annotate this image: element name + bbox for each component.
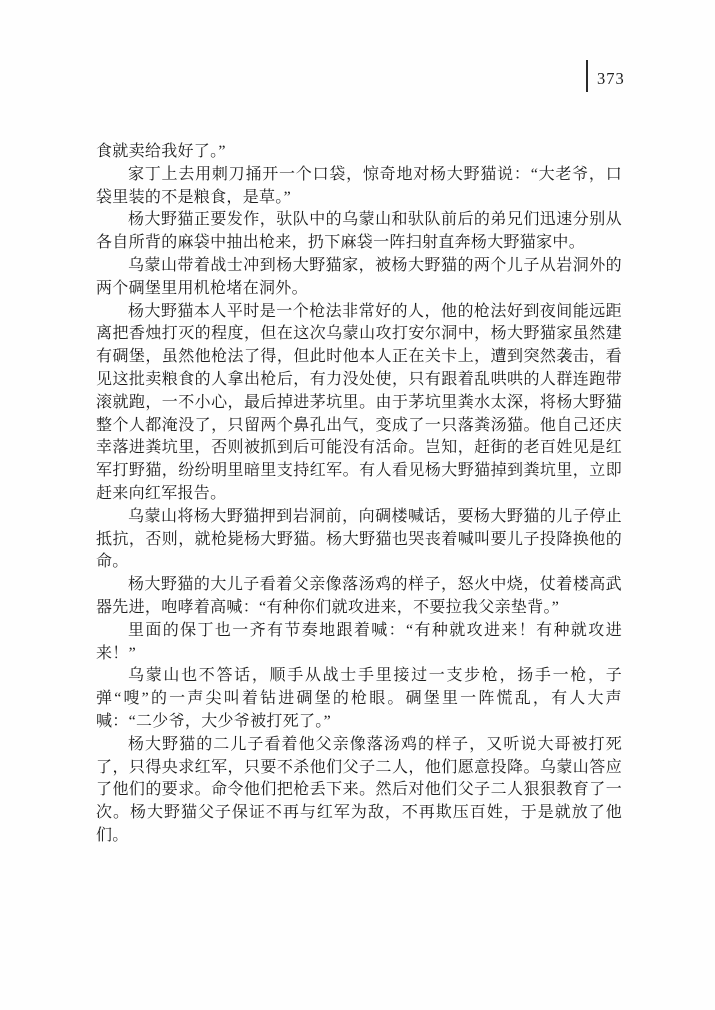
paragraph: 杨大野猫正要发作，驮队中的乌蒙山和驮队前后的弟兄们迅速分别从各自所背的麻袋中抽出… xyxy=(96,209,622,255)
paragraph: 家丁上去用刺刀捅开一个口袋，惊奇地对杨大野猫说：“大老爷，口袋里装的不是粮食，是… xyxy=(96,164,622,210)
paragraph: 食就卖给我好了。” xyxy=(96,141,622,164)
paragraph: 杨大野猫本人平时是一个枪法非常好的人，他的枪法好到夜间能远距离把香烛打灭的程度，… xyxy=(96,301,622,506)
page-number: 373 xyxy=(597,69,625,89)
book-page: 373 食就卖给我好了。” 家丁上去用刺刀捅开一个口袋，惊奇地对杨大野猫说：“大… xyxy=(0,0,715,1010)
paragraph: 里面的保丁也一齐有节奏地跟着喊：“有种就攻进来！有种就攻进来！” xyxy=(96,620,622,666)
paragraph: 乌蒙山也不答话，顺手从战士手里接过一支步枪，扬手一枪，子弹“嗖”的一声尖叫着钻进… xyxy=(96,665,622,733)
page-header: 373 xyxy=(586,60,625,92)
page-number-divider xyxy=(586,60,588,92)
paragraph: 乌蒙山将杨大野猫押到岩洞前，向碉楼喊话，要杨大野猫的儿子停止抵抗，否则，就枪毙杨… xyxy=(96,506,622,574)
text-block: 食就卖给我好了。” 家丁上去用刺刀捅开一个口袋，惊奇地对杨大野猫说：“大老爷，口… xyxy=(96,141,622,848)
paragraph: 杨大野猫的大儿子看着父亲像落汤鸡的样子，怒火中烧，仗着楼高武器先进，咆哮着高喊：… xyxy=(96,574,622,620)
paragraph: 乌蒙山带着战士冲到杨大野猫家，被杨大野猫的两个儿子从岩洞外的两个碉堡里用机枪堵在… xyxy=(96,255,622,301)
paragraph: 杨大野猫的二儿子看着他父亲像落汤鸡的样子，又听说大哥被打死了，只得央求红军，只要… xyxy=(96,734,622,848)
